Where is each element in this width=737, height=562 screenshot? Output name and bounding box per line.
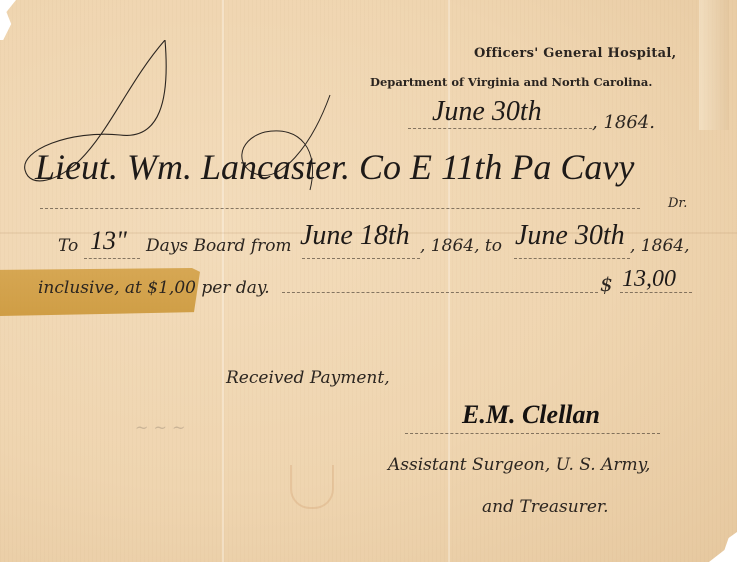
document-paper: Officers' General Hospital, Department o… bbox=[0, 0, 737, 562]
received-payment-label: Received Payment, bbox=[226, 368, 390, 388]
torn-edge bbox=[709, 532, 737, 562]
faint-stamp: ~ ~ ~ bbox=[135, 418, 285, 444]
signer-title: Assistant Surgeon, U. S. Army, bbox=[388, 455, 650, 475]
torn-edge bbox=[0, 0, 16, 40]
payer-underline bbox=[40, 208, 640, 209]
folded-corner bbox=[699, 0, 729, 130]
payer-name: Lieut. Wm. Lancaster. Co E 11th Pa Cavy bbox=[35, 146, 634, 188]
signature-line bbox=[405, 433, 660, 434]
signature: E.M. Clellan bbox=[462, 400, 600, 430]
days-underline bbox=[84, 258, 140, 259]
currency-symbol: $ bbox=[600, 272, 613, 296]
to-year: , 1864, bbox=[630, 236, 689, 256]
days-count: 13" bbox=[90, 226, 127, 256]
stain-mark bbox=[290, 465, 334, 509]
debtor-label: Dr. bbox=[668, 196, 687, 211]
days-label: Days Board from bbox=[146, 236, 292, 256]
date-underline bbox=[408, 128, 592, 129]
rate-text: inclusive, at $1,00 per day. bbox=[38, 278, 270, 298]
signer-title-2: and Treasurer. bbox=[482, 497, 609, 517]
to-date: June 30th bbox=[515, 220, 625, 252]
department-name: Department of Virginia and North Carolin… bbox=[370, 75, 652, 89]
from-year: , 1864, to bbox=[420, 236, 502, 256]
amount-underline bbox=[620, 292, 692, 293]
from-date-underline bbox=[302, 258, 420, 259]
to-label: To bbox=[58, 236, 78, 256]
rate-leader bbox=[282, 292, 598, 293]
hospital-name: Officers' General Hospital, bbox=[474, 46, 676, 61]
total-amount: 13,00 bbox=[622, 266, 676, 293]
to-date-underline bbox=[514, 258, 630, 259]
date-handwritten: June 30th bbox=[432, 96, 542, 128]
date-year: , 1864. bbox=[592, 112, 655, 133]
from-date: June 18th bbox=[300, 220, 410, 252]
